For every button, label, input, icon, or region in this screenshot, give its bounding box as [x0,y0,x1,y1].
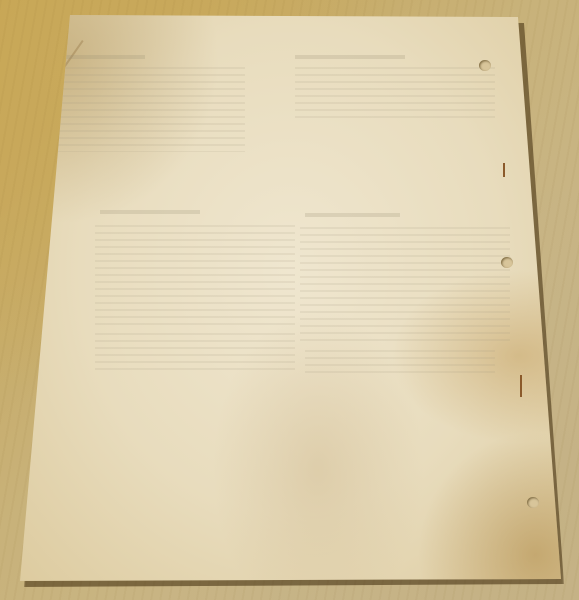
showthrough-heading [295,55,405,59]
showthrough-text-block [295,67,495,122]
punch-hole-bottom [527,497,539,508]
rust-mark [503,163,505,177]
showthrough-text-block [300,227,510,342]
punch-hole-middle [501,257,513,268]
showthrough-heading [55,55,145,59]
showthrough-text-block [55,67,245,152]
showthrough-heading [305,213,400,217]
paper-sheet [20,15,562,583]
showthrough-text-block [305,350,495,375]
rust-mark [520,375,522,397]
punch-hole-top [479,60,491,71]
showthrough-heading [100,210,200,214]
showthrough-text-block [95,333,295,373]
showthrough-text-block [95,225,295,325]
photo-scene [0,0,579,600]
